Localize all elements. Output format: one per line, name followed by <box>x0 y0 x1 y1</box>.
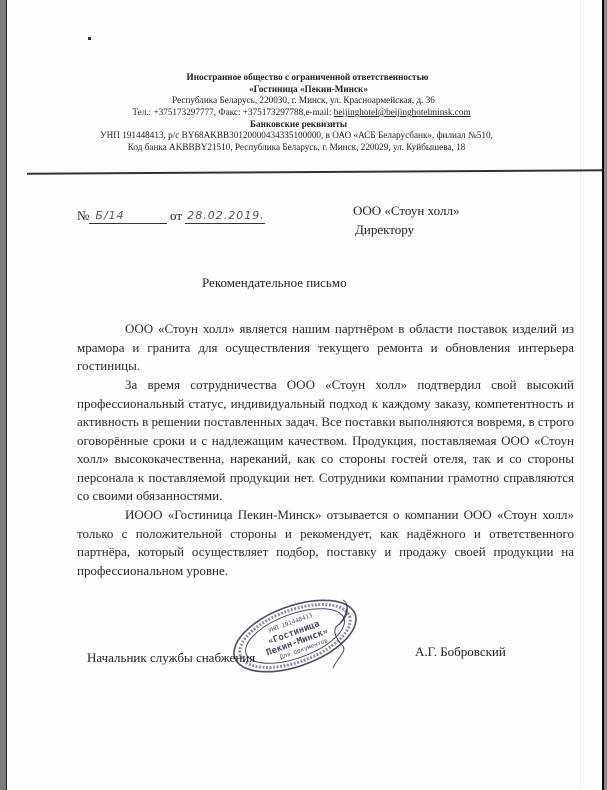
paragraph-text: ИООО «Гостиница Пекин-Минск» отзывается … <box>77 507 574 578</box>
bank-heading: Банковские реквизиты <box>1 119 596 130</box>
date-handwritten: 28.02.2019. <box>187 209 264 222</box>
bank-details-line2: Код банка AKBBBY21510, Республика Белару… <box>0 142 594 153</box>
letterhead-divider <box>27 169 607 175</box>
number-field: Б/14 <box>89 209 167 224</box>
contacts-text: Тел.: +375173297777, Факс: +375173297788… <box>132 107 333 117</box>
addressee-position: Директору <box>355 222 414 238</box>
date-field: 28.02.2019. <box>185 209 265 224</box>
org-contacts: Тел.: +375173297777, Факс: +375173297788… <box>4 107 599 118</box>
paragraph-3: ИООО «Гостиница Пекин-Минск» отзывается … <box>77 506 574 580</box>
bank-details-line1: УНП 191448413, р/с BY68AKBB3012000043433… <box>0 130 594 141</box>
org-name: «Гостиница «Пекин-Минск» <box>11 84 606 95</box>
reference-date: от 28.02.2019. <box>170 208 265 224</box>
signatory-role: Начальник службы снабжения <box>87 650 255 666</box>
org-line: Иностранное общество с ограниченной отве… <box>10 72 605 83</box>
date-label: от <box>170 208 182 223</box>
paragraph-text: За время сотрудничества ООО «Стоун холл»… <box>77 377 574 503</box>
scan-speck <box>88 37 91 40</box>
document-page: Иностранное общество с ограниченной отве… <box>7 0 602 790</box>
org-address: Республика Беларусь, 220030, г. Минск, у… <box>6 95 601 106</box>
signatory-name: А.Г. Бобровский <box>415 644 506 660</box>
addressee-company: ООО «Стоун холл» <box>353 203 459 219</box>
email-link[interactable]: beijinghotel@beijinghotelminsk.com <box>334 107 471 117</box>
number-handwritten: Б/14 <box>95 209 124 222</box>
document-title: Рекомендательное письмо <box>202 275 347 291</box>
reference-number: №Б/14 <box>77 208 167 224</box>
paragraph-1: ООО «Стоун холл» является нашим партнёро… <box>77 320 574 376</box>
number-label: № <box>77 208 89 223</box>
paragraph-2: За время сотрудничества ООО «Стоун холл»… <box>77 376 574 506</box>
paragraph-text: ООО «Стоун холл» является нашим партнёро… <box>77 321 574 373</box>
